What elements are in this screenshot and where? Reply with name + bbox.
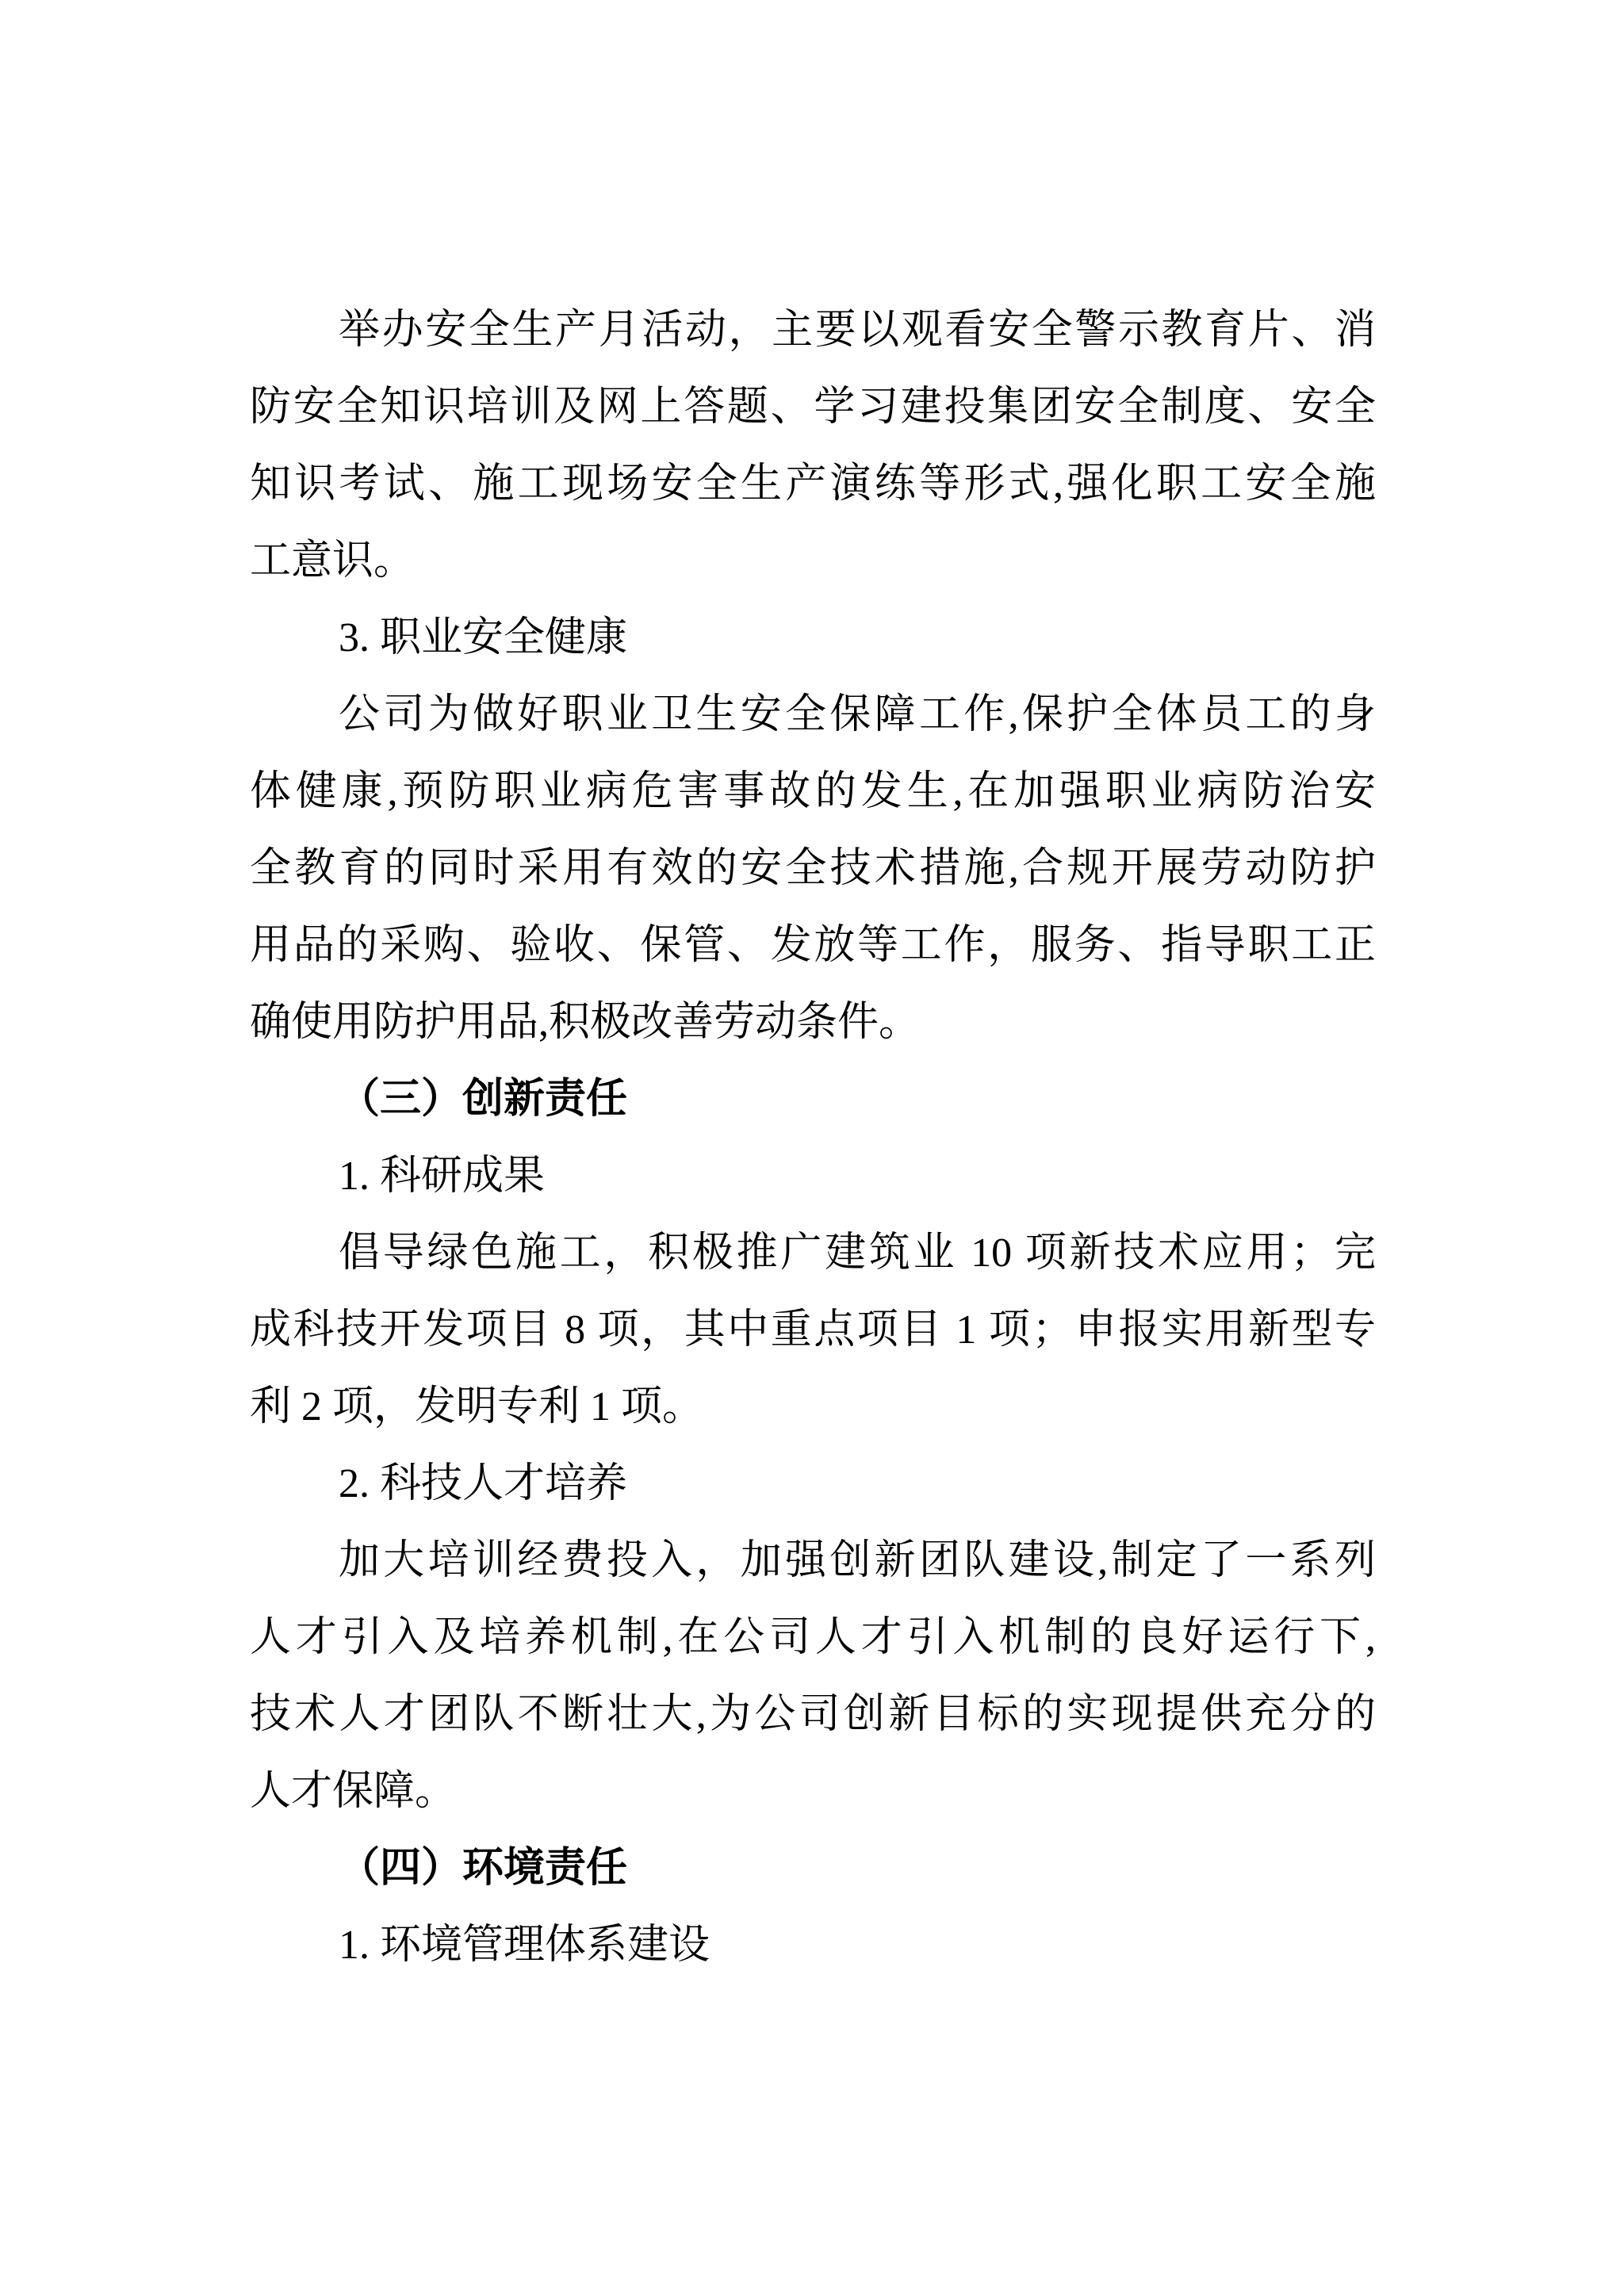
subsection-heading: 2. 科技人才培养	[250, 1445, 1376, 1522]
text-line: 工意识。	[250, 522, 1376, 599]
text-line: 技术人才团队不断壮大,为公司创新目标的实现提供充分的	[250, 1676, 1376, 1753]
text-line: 利 2 项，发明专利 1 项。	[250, 1368, 1376, 1445]
text-line: 公司为做好职业卫生安全保障工作,保护全体员工的身	[250, 676, 1376, 753]
document-body: 举办安全生产月活动，主要以观看安全警示教育片、消 防安全知识培训及网上答题、学习…	[250, 292, 1376, 1984]
text-line: 体健康,预防职业病危害事故的发生,在加强职业病防治安	[250, 753, 1376, 830]
subsection-heading: 1. 环境管理体系建设	[250, 1907, 1376, 1984]
text-line: 确使用防护用品,积极改善劳动条件。	[250, 984, 1376, 1061]
text-line: 人才保障。	[250, 1753, 1376, 1830]
text-line: 倡导绿色施工，积极推广建筑业 10 项新技术应用；完	[250, 1215, 1376, 1291]
subsection-heading: 1. 科研成果	[250, 1138, 1376, 1215]
text-line: 全教育的同时采用有效的安全技术措施,合规开展劳动防护	[250, 830, 1376, 907]
text-line: 加大培训经费投入，加强创新团队建设,制定了一系列	[250, 1522, 1376, 1599]
text-line: 举办安全生产月活动，主要以观看安全警示教育片、消	[250, 292, 1376, 369]
subsection-heading: 3. 职业安全健康	[250, 599, 1376, 676]
text-line: 成科技开发项目 8 项，其中重点项目 1 项；申报实用新型专	[250, 1291, 1376, 1368]
section-heading: （四）环境责任	[250, 1830, 1376, 1907]
document-page: 举办安全生产月活动，主要以观看安全警示教育片、消 防安全知识培训及网上答题、学习…	[0, 0, 1624, 2296]
text-line: 知识考试、施工现场安全生产演练等形式,强化职工安全施	[250, 446, 1376, 522]
text-line: 用品的采购、验收、保管、发放等工作，服务、指导职工正	[250, 907, 1376, 984]
text-line: 防安全知识培训及网上答题、学习建投集团安全制度、安全	[250, 369, 1376, 446]
text-line: 人才引入及培养机制,在公司人才引入机制的良好运行下,	[250, 1599, 1376, 1676]
section-heading: （三）创新责任	[250, 1061, 1376, 1138]
